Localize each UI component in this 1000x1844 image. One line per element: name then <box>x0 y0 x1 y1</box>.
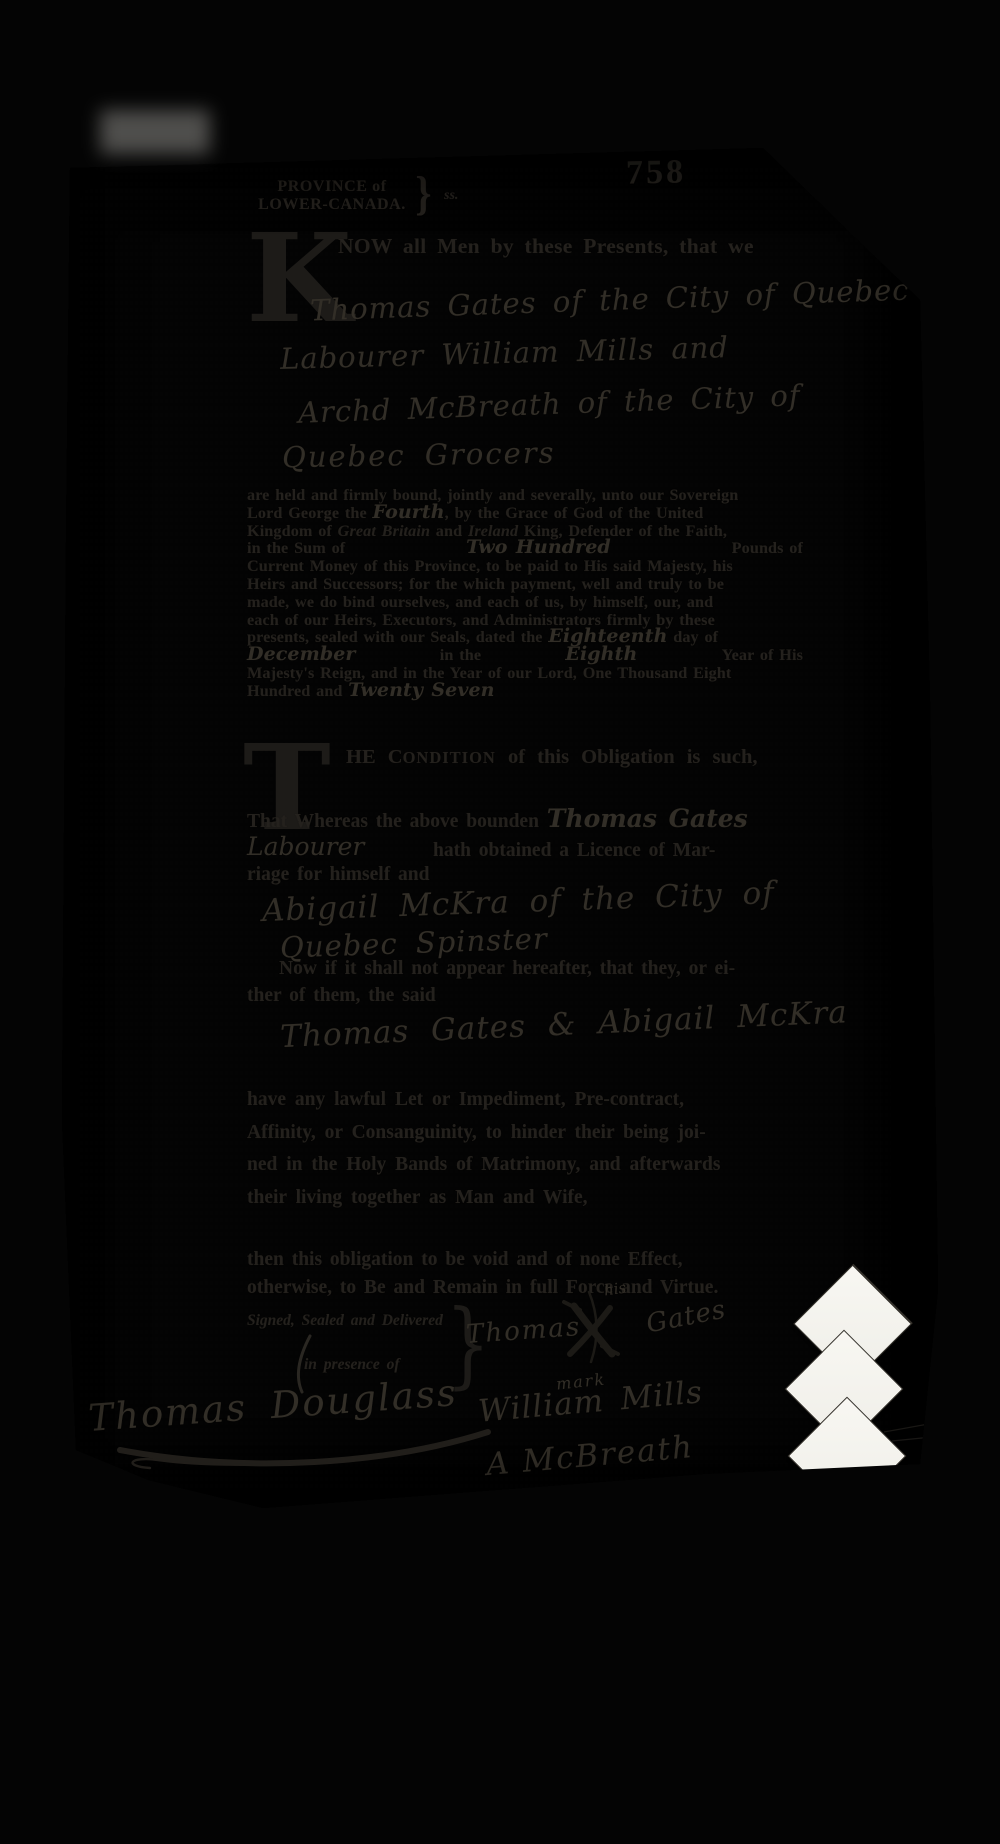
bond-line: Lord George the Fourth, by the Grace of … <box>247 505 803 523</box>
jurat-brace: } <box>415 166 431 221</box>
jurat-ss: ss. <box>444 188 458 204</box>
scan-artifact <box>100 110 210 154</box>
page-number: 758 <box>626 153 687 192</box>
bond-text-italic: Great Britain <box>338 522 430 540</box>
bond-text: , by the Grace of God of the United <box>445 504 704 522</box>
bond-line: Current Money of this Province, to be pa… <box>247 558 803 576</box>
handwritten-residence: Quebec Grocers <box>282 436 556 475</box>
bond-text: Hundred and <box>247 682 348 700</box>
signature-witness: Thomas Douglass <box>87 1371 459 1440</box>
bond-line: Hundred and Twenty Seven <box>247 683 803 701</box>
bond-text: Lord George the <box>247 504 373 522</box>
bond-text: and <box>430 522 468 540</box>
condition-line: That Whereas the above bounden Thomas Ga… <box>247 806 847 835</box>
closing-paragraph: then this obligation to be void and of n… <box>247 1246 827 1301</box>
condition-line: Now if it shall not appear hereafter, th… <box>247 956 827 982</box>
bond-text: in the <box>440 647 481 665</box>
closing-line: otherwise, to Be and Remain in full Forc… <box>247 1274 827 1302</box>
scan-background: PROVINCE of LOWER-CANADA. } ss. 758 K NO… <box>0 0 1000 1844</box>
condition-text: That Whereas the above bounden <box>247 811 547 832</box>
jurat-line1: PROVINCE of <box>248 178 416 196</box>
bond-line: in the Sum ofTwo HundredPounds of <box>247 540 803 558</box>
condition-line: Affinity, or Consanguinity, to hinder th… <box>247 1117 827 1150</box>
handwritten-regnal-year: Eighth <box>565 647 637 661</box>
condition-line: have any lawful Let or Impediment, Pre-c… <box>247 1084 827 1117</box>
handwritten-regnal-name: Fourth <box>373 501 445 523</box>
witness-flourish <box>120 1432 488 1468</box>
attestation-presence-label: in presence of <box>304 1356 400 1374</box>
bond-paragraph: are held and firmly bound, jointly and s… <box>247 487 803 701</box>
bond-line: made, we do bind ourselves, and each of … <box>247 594 803 612</box>
bond-text: Kingdom of <box>247 522 338 540</box>
handwritten-groom: Thomas Gates <box>547 804 748 833</box>
bond-line: Majesty's Reign, and in the Year of our … <box>247 665 803 683</box>
handwritten-month: December <box>247 647 356 661</box>
signature-his-label: his <box>603 1279 627 1300</box>
bond-text: Pounds of <box>732 540 803 558</box>
wafer-seal-diamond-icon <box>788 1397 907 1516</box>
bond-line: each of our Heirs, Executors, and Admini… <box>247 612 803 630</box>
bond-text: in the Sum of <box>247 540 345 558</box>
opening-heading: NOW all Men by these Presents, that we <box>338 234 858 259</box>
bond-line: are held and firmly bound, jointly and s… <box>247 487 803 505</box>
handwritten-principal: Thomas Gates of the City of Quebec <box>310 273 910 328</box>
condition-line: Labourerhath obtained a Licence of Mar- <box>247 834 847 864</box>
condition-heading-smallcaps: ONDITION <box>403 748 496 767</box>
signature-principal-last: Gates <box>644 1295 729 1340</box>
condition-line: ned in the Holy Bands of Matrimony, and … <box>247 1149 827 1182</box>
condition-heading-text: of this Obligation is such, <box>496 746 758 768</box>
bond-line: Heirs and Successors; for the which paym… <box>247 576 803 594</box>
handwritten-sum: Two Hundred <box>466 540 611 554</box>
surety-flourish <box>479 1482 774 1512</box>
condition-text: hath obtained a Licence of Mar- <box>433 838 715 864</box>
handwritten-occupation: Labourer <box>247 832 364 861</box>
condition-paragraph: have any lawful Let or Impediment, Pre-c… <box>247 1084 827 1214</box>
document-page: PROVINCE of LOWER-CANADA. } ss. 758 K NO… <box>58 140 938 1512</box>
condition-line: their living together as Man and Wife, <box>247 1182 827 1215</box>
bond-text: Year of His <box>722 647 803 665</box>
bond-text: day of <box>668 628 719 646</box>
bond-line: Decemberin theEighthYear of His <box>247 647 803 665</box>
signature-surety2: A McBreath <box>485 1429 696 1483</box>
handwritten-surety2: Archd McBreath of the City of <box>298 378 802 430</box>
condition-heading: HE CONDITION of this Obligation is such, <box>346 746 858 769</box>
condition-heading-text: HE C <box>346 746 403 768</box>
attestation-label: Signed, Sealed and Delivered <box>247 1312 443 1330</box>
handwritten-year: Twenty Seven <box>348 679 494 701</box>
closing-line: then this obligation to be void and of n… <box>247 1246 827 1274</box>
